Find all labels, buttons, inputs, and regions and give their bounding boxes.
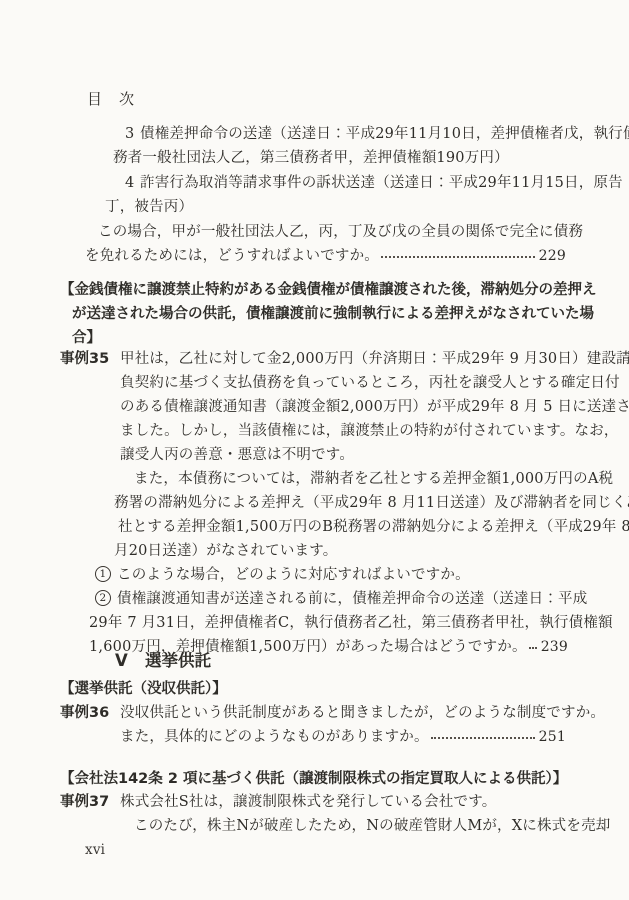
toc-page-number: 239 [541, 637, 568, 657]
case-text: 甲社は，乙社に対して金2,000万円（弁済期日：平成29年 9 月30日）建設請 [120, 349, 629, 369]
subitem-text: 債権譲渡通知書が送達される前に，債権差押命令の送達（送達日：平成 [117, 589, 587, 609]
case-text: 没収供託という供託制度があると聞きましたが，どのような制度ですか。 [120, 703, 605, 723]
toc-entry-3-line1: 3 債権差押命令の送達（送達日：平成29年11月10日，差押債権者戊，執行債 [125, 124, 629, 144]
part-title: 選挙供託 [145, 651, 211, 671]
section-heading-text: が送達された場合の供託，債権譲渡前に強制執行による差押えがなされていた場 [72, 304, 594, 324]
toc-entry-number: 4 [125, 173, 140, 193]
case-text: このたび，株主Nが破産したため，Nの破産管財人Mが，Xに株式を売却 [134, 816, 610, 836]
case-35-line2: 負契約に基づく支払債務を負っているところ，丙社を譲受人とする確定日付 [120, 373, 620, 393]
folio-page-number: xvi [85, 840, 105, 860]
case-text: また，具体的にどのようなものがありますか。 [120, 727, 429, 747]
case-text: 社とする差押金額1,500万円のB税務署の滞納処分による差押え（平成29年 8 [118, 517, 629, 537]
case-35-line6: また，本債務については，滞納者を乙社とする差押金額1,000万円のA税 [134, 469, 613, 489]
subitem-text: 29年 7 月31日，差押債権者C，執行債務者乙社，第三債務者甲社，執行債権額 [89, 613, 613, 633]
case-36-line1: 事例36 没収供託という供託制度があると聞きましたが，どのような制度ですか。 [60, 703, 605, 723]
section-heading-line2: が送達された場合の供託，債権譲渡前に強制執行による差押えがなされていた場 [72, 304, 594, 324]
part-heading: V 選挙供託 [115, 651, 211, 671]
dotted-leader [381, 246, 535, 258]
case-35-line4: ました。しかし，当該債権には，譲渡禁止の特約が付されています。なお， [120, 421, 619, 441]
toc-entry-text: 詐害行為取消等請求事件の訴状送達（送達日：平成29年11月15日，原告 [140, 173, 623, 193]
circled-number-icon: 1 [95, 566, 111, 582]
subitem-text: このような場合，どのように対応すればよいですか。 [117, 565, 470, 585]
part-number: V [115, 651, 145, 671]
section-heading-line3: 合】 [72, 328, 101, 348]
toc-page-number: 229 [539, 246, 566, 266]
toc-entry-3-line2: 務者一般社団法人乙，第三債務者甲，差押債権額190万円） [113, 148, 509, 168]
section-heading-text: 【選挙供託（没収供託）】 [60, 679, 227, 699]
section-heading-text: 合】 [72, 328, 101, 348]
case-text: 月20日送達）がなされています。 [114, 541, 338, 561]
toc-title: 目 次 [87, 89, 135, 109]
toc-title-text: 目 次 [87, 89, 135, 109]
dotted-leader [529, 637, 537, 649]
case-text: 譲受人丙の善意・悪意は不明です。 [120, 445, 354, 465]
case-35-subitem-2-cont1: 29年 7 月31日，差押債権者C，執行債務者乙社，第三債務者甲社，執行債権額 [89, 613, 613, 633]
section-heading-line1: 【金銭債権に譲渡禁止特約がある金銭債権が債権譲渡された後，滞納処分の差押え [60, 280, 597, 300]
toc-paragraph-text: この場合，甲が一般社団法人乙，丙，丁及び戊の全員の関係で完全に債務 [98, 222, 583, 242]
section-heading-kaishaho: 【会社法142条 2 項に基づく供託（譲渡制限株式の指定買取人による供託）】 [60, 769, 567, 789]
case-35-line3: のある債権譲渡通知書（譲渡金額2,000万円）が平成29年 8 月 5 日に送達… [120, 397, 629, 417]
case-text: また，本債務については，滞納者を乙社とする差押金額1,000万円のA税 [134, 469, 613, 489]
toc-paragraph-text: を免れるためには，どうすればよいですか。 [85, 246, 379, 266]
case-37-line1: 事例37 株式会社S社は，譲渡制限株式を発行している会社です。 [60, 792, 496, 812]
case-35-line5: 譲受人丙の善意・悪意は不明です。 [120, 445, 354, 465]
toc-entry-text: 債権差押命令の送達（送達日：平成29年11月10日，差押債権者戊，執行債 [140, 124, 629, 144]
case-text: 負契約に基づく支払債務を負っているところ，丙社を譲受人とする確定日付 [120, 373, 620, 393]
case-35-line7: 務署の滞納処分による差押え（平成29年 8 月11日送達）及び滞納者を同じく乙 [114, 493, 629, 513]
case-label: 事例37 [60, 792, 120, 812]
case-text: 務署の滞納処分による差押え（平成29年 8 月11日送達）及び滞納者を同じく乙 [114, 493, 629, 513]
toc-paragraph-line2: を免れるためには，どうすればよいですか。 229 [85, 246, 566, 266]
case-label: 事例36 [60, 703, 120, 723]
section-heading-senkyo: 【選挙供託（没収供託）】 [60, 679, 227, 699]
toc-entry-text: 丁，被告丙） [105, 197, 193, 217]
toc-entry-4-line2: 丁，被告丙） [105, 197, 193, 217]
case-36-line2: また，具体的にどのようなものがありますか。 251 [120, 727, 566, 747]
toc-entry-4-line1: 4 詐害行為取消等請求事件の訴状送達（送達日：平成29年11月15日，原告 [125, 173, 623, 193]
folio-text: xvi [85, 840, 105, 860]
dotted-leader [431, 727, 535, 739]
book-toc-page: 目 次 3 債権差押命令の送達（送達日：平成29年11月10日，差押債権者戊，執… [0, 0, 629, 900]
section-heading-text: 【会社法142条 2 項に基づく供託（譲渡制限株式の指定買取人による供託）】 [60, 769, 567, 789]
case-text: のある債権譲渡通知書（譲渡金額2,000万円）が平成29年 8 月 5 日に送達… [120, 397, 629, 417]
case-text: 株式会社S社は，譲渡制限株式を発行している会社です。 [120, 792, 496, 812]
toc-entry-text: 務者一般社団法人乙，第三債務者甲，差押債権額190万円） [113, 148, 509, 168]
toc-paragraph-line1: この場合，甲が一般社団法人乙，丙，丁及び戊の全員の関係で完全に債務 [98, 222, 583, 242]
case-35-line1: 事例35 甲社は，乙社に対して金2,000万円（弁済期日：平成29年 9 月30… [60, 349, 629, 369]
toc-page-number: 251 [539, 727, 566, 747]
case-35-subitem-1: 1 このような場合，どのように対応すればよいですか。 [95, 565, 470, 585]
toc-entry-number: 3 [125, 124, 140, 144]
case-text: ました。しかし，当該債権には，譲渡禁止の特約が付されています。なお， [120, 421, 619, 441]
case-35-subitem-2: 2 債権譲渡通知書が送達される前に，債権差押命令の送達（送達日：平成 [95, 589, 587, 609]
case-35-line9: 月20日送達）がなされています。 [114, 541, 338, 561]
case-label: 事例35 [60, 349, 120, 369]
case-37-line2: このたび，株主Nが破産したため，Nの破産管財人Mが，Xに株式を売却 [134, 816, 610, 836]
case-35-line8: 社とする差押金額1,500万円のB税務署の滞納処分による差押え（平成29年 8 [118, 517, 629, 537]
section-heading-text: 【金銭債権に譲渡禁止特約がある金銭債権が債権譲渡された後，滞納処分の差押え [60, 280, 597, 300]
circled-number-icon: 2 [95, 590, 111, 606]
